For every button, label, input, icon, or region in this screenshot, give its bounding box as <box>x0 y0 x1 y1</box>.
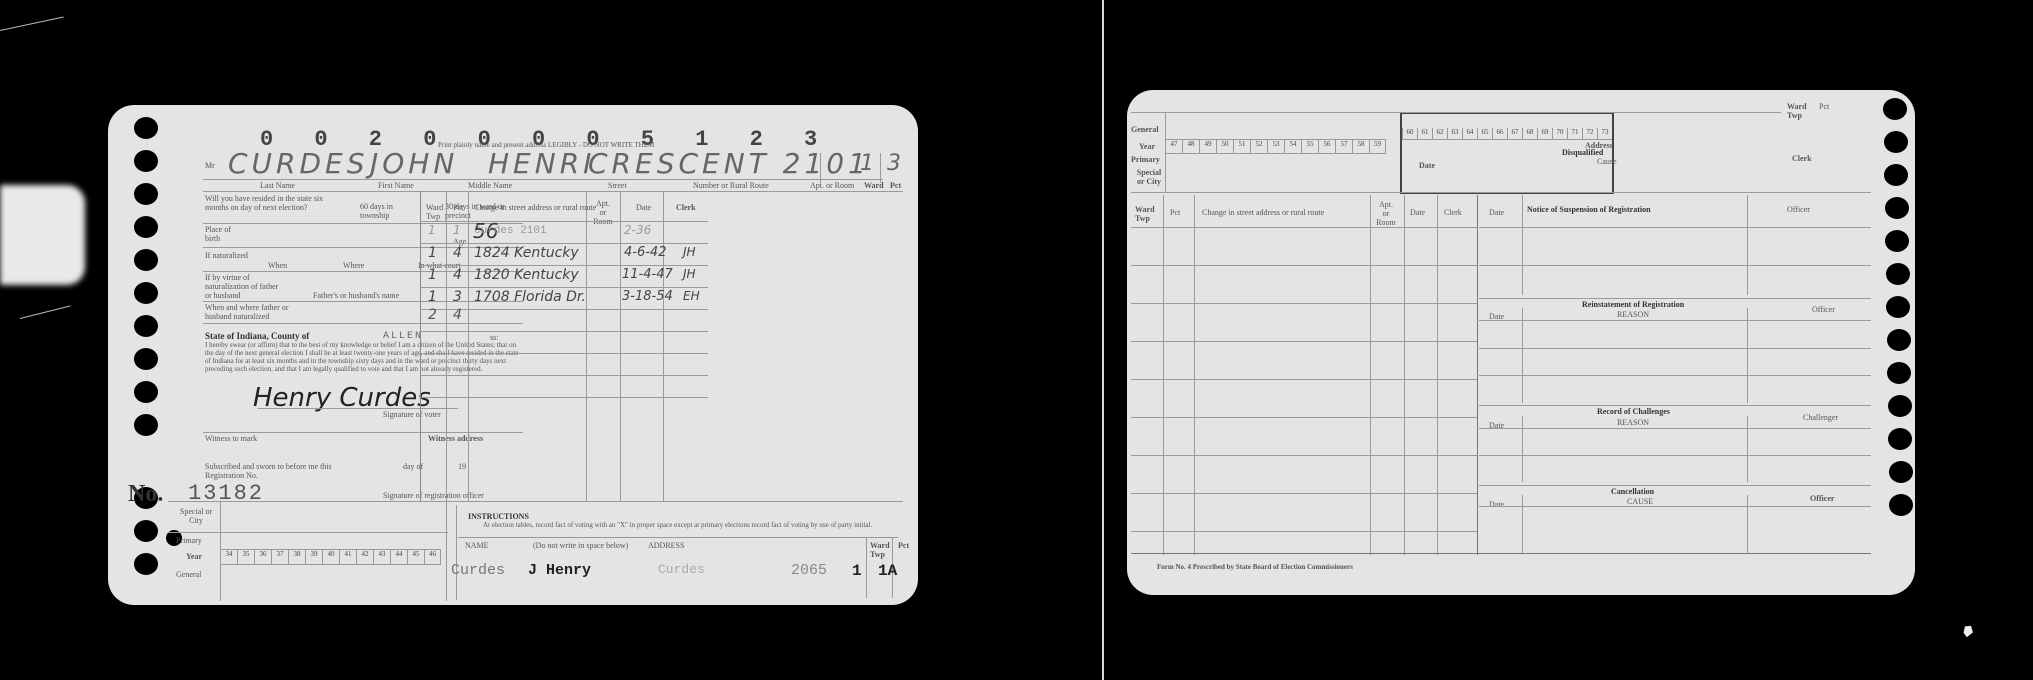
year-cell: 68 <box>1522 128 1537 139</box>
year-cell: 56 <box>1318 140 1335 153</box>
year-row-left: 47 48 49 50 51 52 53 54 55 56 57 58 59 <box>1165 139 1386 154</box>
label-witness-mark: Witness to mark <box>205 434 257 443</box>
year-cell: 58 <box>1352 140 1369 153</box>
row-primary: Primary <box>176 536 202 545</box>
label-do-not-write: (Do not write in space below) <box>533 541 628 550</box>
label-signature-voter: Signature of voter <box>383 410 441 419</box>
cell-clerk: EH <box>683 289 700 303</box>
col-pct: Pct <box>453 203 463 212</box>
label-by-virtue: If by virtue of naturalization of father… <box>205 273 285 300</box>
cell-pct: 4 <box>453 307 462 323</box>
year-cell: 73 <box>1597 128 1612 139</box>
year-cell: 50 <box>1216 140 1233 153</box>
suspension-officer-label: Officer <box>1787 205 1810 214</box>
cell-date: 4-6-42 <box>624 245 666 260</box>
cancellation-date-label: Date <box>1489 500 1504 509</box>
row-general: General <box>1131 125 1159 134</box>
cell-address: 1824 Kentucky <box>474 245 579 261</box>
film-scratch <box>20 305 71 319</box>
cell-date: 2-36 <box>624 223 651 237</box>
label-ward-twp: Ward Twp <box>1787 102 1809 120</box>
cell-clerk: JH <box>683 245 696 259</box>
year-cell: 60 <box>1402 128 1417 139</box>
year-cell: 38 <box>288 550 305 564</box>
year-cell: 72 <box>1582 128 1597 139</box>
typed-street: Curdes <box>658 562 705 577</box>
year-cell: 52 <box>1250 140 1267 153</box>
col-clerk: Clerk <box>676 203 696 212</box>
label-date: Date <box>1419 161 1435 170</box>
year-cell: 70 <box>1552 128 1567 139</box>
year-cell: 57 <box>1335 140 1352 153</box>
year-cell: 54 <box>1284 140 1301 153</box>
label-name: NAME <box>465 541 489 550</box>
label-disqualified: Disqualified <box>1562 148 1603 157</box>
year-cell: 65 <box>1477 128 1492 139</box>
year-cell: 55 <box>1301 140 1318 153</box>
cancellation-cause-label: CAUSE <box>1627 497 1653 506</box>
col-change: Change in street address or rural route <box>1202 208 1324 217</box>
label-pct: Pct <box>1819 102 1829 111</box>
label-naturalized: If naturalized <box>205 251 248 260</box>
label-year-prefix: 19 <box>458 462 466 471</box>
label-street: Street <box>608 181 627 190</box>
label-days-township: 60 days in township <box>360 202 420 220</box>
row-primary: Primary <box>1131 155 1160 164</box>
label-where: Where <box>343 261 364 270</box>
cell-ward: 1 <box>428 289 437 305</box>
challenges-reason-label: REASON <box>1617 418 1649 427</box>
label-subscribed: Subscribed and sworn to before me this <box>205 462 332 471</box>
label-last-name: Last Name <box>260 181 295 190</box>
cell-ward: 1 <box>428 245 437 261</box>
label-ward-twp: Ward Twp <box>870 541 890 559</box>
registration-card-back: General Year Primary Special or City 47 … <box>1127 90 1915 595</box>
col-date: Date <box>1410 208 1425 217</box>
year-cell: 39 <box>305 550 322 564</box>
year-cell: 49 <box>1199 140 1216 153</box>
typed-ward: 1 <box>852 562 862 580</box>
year-cell: 44 <box>390 550 407 564</box>
name-prefix: Mr <box>205 161 215 170</box>
registration-no-label: No. <box>128 481 163 508</box>
frame-divider <box>1102 0 1104 680</box>
dust-speck <box>1961 623 1976 638</box>
year-cell: 43 <box>373 550 390 564</box>
year-cell: 69 <box>1537 128 1552 139</box>
year-cell: 59 <box>1369 140 1386 153</box>
cell-pct: 1 <box>453 223 461 237</box>
year-row-right: 60 61 62 63 64 65 66 67 68 69 70 71 72 7… <box>1402 128 1612 140</box>
cancellation-title: Cancellation <box>1611 487 1654 496</box>
year-cell: 47 <box>1165 140 1182 153</box>
year-cell: 46 <box>424 550 441 564</box>
oath-heading: State of Indiana, County of <box>205 331 309 341</box>
year-cell: 45 <box>407 550 424 564</box>
cell-clerk: JH <box>683 267 696 281</box>
label-when: When <box>268 261 287 270</box>
instructions-text: At election tables, record fact of votin… <box>483 521 903 529</box>
reinstatement-officer-label: Officer <box>1812 305 1835 314</box>
label-pct: Pct <box>890 181 901 190</box>
label-address: ADDRESS <box>648 541 684 550</box>
oath-text: I hereby swear (or affirm) that to the b… <box>205 341 525 373</box>
reinstatement-reason-label: REASON <box>1617 310 1649 319</box>
instructions-heading: INSTRUCTIONS <box>468 512 529 521</box>
year-cell: 40 <box>322 550 339 564</box>
film-scratch <box>0 16 64 30</box>
reinstatement-title: Reinstatement of Registration <box>1582 300 1684 309</box>
last-name-value: CURDES <box>228 147 369 180</box>
street-value: CRESCENT 2101 <box>588 147 870 180</box>
challenges-title: Record of Challenges <box>1597 407 1670 416</box>
middle-name-value: HENRI <box>488 147 595 180</box>
year-cell: 36 <box>254 550 271 564</box>
ward-value: 1 <box>860 151 874 176</box>
label-apt-room: Apt. or Room <box>810 181 854 190</box>
col-ward: Ward Twp <box>1135 205 1157 223</box>
scanner-glare <box>0 185 85 285</box>
suspension-date-label: Date <box>1489 208 1504 217</box>
cell-pct: 4 <box>453 245 462 261</box>
label-place-of-birth: Place of birth <box>205 225 245 243</box>
cell-ward: 1 <box>428 267 437 283</box>
cell-ward: 1 <box>428 223 436 237</box>
first-name-value: JOHN <box>370 147 458 180</box>
label-clerk: Clerk <box>1792 154 1812 163</box>
col-apt: Apt. or Room <box>1375 200 1397 227</box>
row-year: Year <box>1139 142 1155 151</box>
label-ward: Ward <box>864 181 884 190</box>
label-cause: Cause <box>1597 157 1617 166</box>
row-special-city: Special or City <box>176 507 216 525</box>
cell-date: 11-4-47 <box>622 267 673 282</box>
col-clerk: Clerk <box>1444 208 1462 217</box>
cell-address: 1708 Florida Dr. <box>474 289 586 305</box>
registration-card-front: 0 0 2 0 0 0 0 5 1 2 3 Print plainly name… <box>108 105 918 605</box>
label-resided: Will you have resided in the state six m… <box>205 194 325 212</box>
registration-number: 13182 <box>188 481 264 506</box>
col-ward: Ward Twp <box>426 203 446 221</box>
typed-first-name: J Henry <box>528 562 591 579</box>
label-pct-bottom: Pct <box>898 541 909 550</box>
year-cell: 51 <box>1233 140 1250 153</box>
label-when-where: When and where father or husband natural… <box>205 303 300 321</box>
typed-number: 2065 <box>791 562 827 579</box>
label-witness-address: Witness address <box>428 434 483 443</box>
typed-pct: 1A <box>878 562 897 580</box>
year-row: 34 35 36 37 38 39 40 41 42 43 44 45 46 <box>220 549 441 565</box>
form-footer: Form No. 4 Prescribed by State Board of … <box>1157 563 1353 572</box>
cell-address: 1820 Kentucky <box>474 267 579 283</box>
label-registration-no: Registration No. <box>205 471 258 480</box>
col-change: Change in street address or rural route <box>474 203 596 212</box>
year-cell: 64 <box>1462 128 1477 139</box>
year-cell: 61 <box>1417 128 1432 139</box>
challenges-challenger-label: Challenger <box>1803 413 1838 422</box>
suspension-title: Notice of Suspension of Registration <box>1527 205 1651 214</box>
cell-date: 3-18-54 <box>622 289 673 304</box>
year-cell: 41 <box>339 550 356 564</box>
year-cell: 67 <box>1507 128 1522 139</box>
row-year: Year <box>186 552 202 561</box>
year-cell: 71 <box>1567 128 1582 139</box>
label-father-name: Father's or husband's name <box>313 291 399 300</box>
label-first-name: First Name <box>378 181 414 190</box>
cell-ward: 2 <box>428 307 437 323</box>
year-cell: 34 <box>220 550 237 564</box>
year-cell: 53 <box>1267 140 1284 153</box>
year-cell: 37 <box>271 550 288 564</box>
cell-address: Curdes 2101 <box>474 225 547 237</box>
year-cell: 35 <box>237 550 254 564</box>
cell-pct: 4 <box>453 267 462 283</box>
row-general: General <box>176 570 201 579</box>
year-cell: 62 <box>1432 128 1447 139</box>
typed-last-name: Curdes <box>451 562 505 579</box>
pct-value: 3 <box>887 151 901 176</box>
row-special-city: Special or City <box>1135 168 1163 186</box>
cell-pct: 3 <box>453 289 462 305</box>
col-pct: Pct <box>1170 208 1180 217</box>
year-cell: 66 <box>1492 128 1507 139</box>
year-cell: 42 <box>356 550 373 564</box>
cancellation-officer-label: Officer <box>1810 494 1834 503</box>
year-cell: 48 <box>1182 140 1199 153</box>
col-date: Date <box>636 203 651 212</box>
year-cell: 63 <box>1447 128 1462 139</box>
label-middle-name: Middle Name <box>468 181 512 190</box>
label-number-route: Number or Rural Route <box>693 181 769 190</box>
